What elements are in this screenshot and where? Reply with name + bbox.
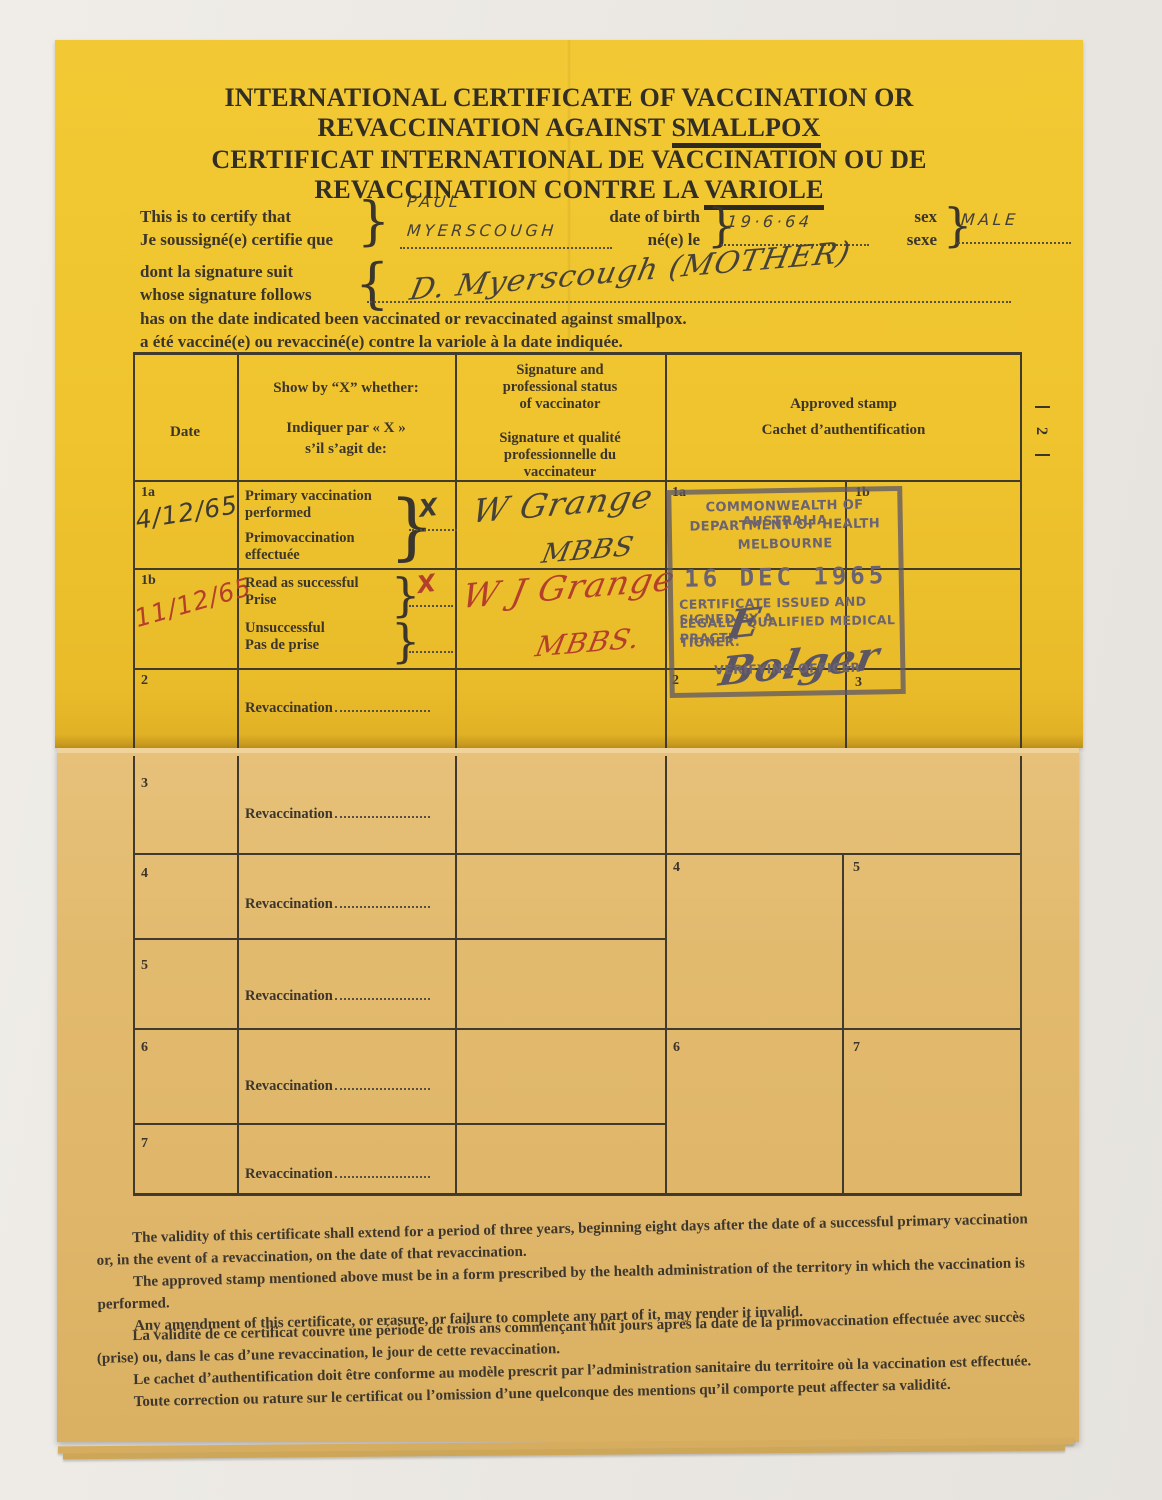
row-1b-x-mark: X: [415, 569, 437, 599]
row-2-revaccination-text: Revaccination: [245, 700, 333, 716]
row-4-5-rule: [133, 938, 667, 940]
sex-dotted-line: [955, 241, 1071, 244]
row-5-6-rule: [133, 1028, 1022, 1030]
page-marker-dash-top: [1035, 406, 1050, 408]
col-date-rule: [237, 352, 239, 748]
row-1b-option-successful: Read as successful Prise: [245, 575, 359, 609]
lower-stamp-col-divider: [842, 853, 844, 1193]
row-1b-mark-dotted-2: [409, 650, 453, 653]
header-show-by-en: Show by “X” whether:: [239, 380, 453, 397]
title-en-line1: INTERNATIONAL CERTIFICATE OF VACCINATION…: [55, 84, 1083, 112]
row-5-revaccination: Revaccination: [245, 988, 430, 1005]
title-fr-line2: REVACCINATION CONTRE LA VARIOLE: [55, 176, 1083, 204]
table-left-border: [133, 352, 135, 748]
sex-label-en: sex: [867, 206, 937, 228]
stamp-cell-7-label: 7: [853, 1040, 860, 1056]
stamp-line-department: DEPARTMENT OF HEALTH: [672, 516, 898, 535]
stamp-cell-5-label: 5: [853, 860, 860, 876]
row-1b-brace-2: }: [391, 614, 420, 668]
dotted-leader: [335, 905, 430, 908]
title-en-line2-prefix: REVACCINATION AGAINST: [318, 113, 672, 142]
header-show-by-fr: Indiquer par « X » s’il s’agit de:: [239, 418, 453, 460]
row-1b-option-unsuccessful: Unsuccessful Pas de prise: [245, 620, 325, 654]
row-6-revaccination: Revaccination: [245, 1078, 430, 1095]
header-approved-stamp-en: Approved stamp: [667, 396, 1020, 413]
header-signature-en: Signature and professional status of vac…: [457, 362, 663, 413]
row-6-7-rule: [133, 1123, 667, 1125]
sex-label-fr: sexe: [867, 229, 937, 251]
row-4-revaccination: Revaccination: [245, 896, 430, 913]
lower-col-show-rule: [455, 756, 457, 1193]
row-6-label: 6: [141, 1040, 148, 1056]
row-3-label: 3: [141, 776, 148, 792]
page-marker-dash-bottom: [1035, 454, 1050, 456]
stamp-line-city: MELBOURNE: [672, 535, 898, 554]
row-5-revaccination-text: Revaccination: [245, 988, 333, 1004]
dob-label-fr: né(e) le: [550, 229, 700, 251]
title-fr-line1: CERTIFICAT INTERNATIONAL DE VACCINATION …: [55, 146, 1083, 174]
header-date: Date: [133, 424, 237, 441]
row-3-revaccination-text: Revaccination: [245, 806, 333, 822]
statement-fr: a été vacciné(e) ou revacciné(e) contre …: [140, 331, 623, 353]
handwritten-first-name: PAUL: [406, 192, 462, 211]
row-1b-label: 1b: [141, 573, 156, 589]
row-1b-qualification: MBBS.: [533, 622, 644, 664]
row-1a-mark-dotted: [409, 528, 457, 531]
row-4-label: 4: [141, 866, 148, 882]
fold-shadow: [55, 734, 1083, 748]
row-2-revaccination: Revaccination: [245, 700, 430, 717]
row-7-revaccination-text: Revaccination: [245, 1166, 333, 1182]
dob-label-en: date of birth: [550, 206, 700, 228]
stamp-cell-6-label: 6: [673, 1040, 680, 1056]
lower-table-left-border: [133, 756, 135, 1193]
signature-dotted-line: [367, 300, 1011, 303]
dotted-leader: [335, 709, 430, 712]
row-3-4-rule: [133, 853, 1022, 855]
signature-label-en: whose signature follows: [140, 284, 312, 306]
row-3-revaccination: Revaccination: [245, 806, 430, 823]
lower-table-bottom-border: [133, 1193, 1022, 1196]
lower-table-right-border: [1020, 756, 1022, 1193]
row-6-revaccination-text: Revaccination: [245, 1078, 333, 1094]
dotted-leader: [335, 1087, 430, 1090]
row-5-label: 5: [141, 958, 148, 974]
handwritten-dob: 19·6·64: [726, 212, 813, 231]
header-signature-fr: Signature et qualité professionnelle du …: [457, 430, 663, 481]
page-marker-number: 2: [1032, 427, 1050, 435]
table-top-border: [133, 352, 1022, 355]
lower-col-date-rule: [237, 756, 239, 1193]
fold-highlight: [57, 748, 1079, 753]
signature-label-fr: dont la signature suit: [140, 261, 293, 283]
certify-label-fr: Je soussigné(e) certifie que: [140, 229, 333, 251]
validity-notes-fr: La validité de ce certificat couvre une …: [96, 1306, 1038, 1414]
certificate-upper-page: INTERNATIONAL CERTIFICATE OF VACCINATION…: [55, 40, 1083, 748]
row-1a-option-primary: Primary vaccination performed: [245, 488, 372, 522]
row-7-label: 7: [141, 1136, 148, 1152]
row-4-revaccination-text: Revaccination: [245, 896, 333, 912]
handwritten-surname: MYERSCOUGH: [406, 221, 558, 240]
brace-signature: {: [355, 252, 389, 315]
lower-col-signature-rule: [665, 756, 667, 1193]
row-1b-mark-dotted-1: [409, 604, 453, 607]
brace-name: }: [357, 192, 390, 252]
health-department-stamp: COMMONWEALTH OF AUSTRALIA DEPARTMENT OF …: [666, 486, 906, 698]
dotted-leader: [335, 815, 430, 818]
certificate-lower-page: 3 Revaccination 4 Revaccination 5 Revacc…: [57, 748, 1079, 1442]
title-en-underlined-word: SMALLPOX: [672, 113, 821, 148]
row-7-revaccination: Revaccination: [245, 1166, 430, 1183]
handwritten-sex: MALE: [960, 210, 1019, 229]
row-1a-vaccinator-signature: W Grange: [469, 476, 657, 530]
stamp-cell-4-label: 4: [673, 860, 680, 876]
statement-en: has on the date indicated been vaccinate…: [140, 308, 687, 330]
dotted-leader: [335, 1175, 430, 1178]
header-approved-stamp-fr: Cachet d’authentification: [667, 422, 1020, 439]
table-right-border: [1020, 352, 1022, 748]
row-1a-label: 1a: [141, 485, 155, 501]
row-1a-option-primary-fr: Primovaccination effectuée: [245, 530, 355, 564]
row-2-label: 2: [141, 673, 148, 689]
verifying-officer-signature: E Bolger: [716, 583, 910, 695]
certify-label-en: This is to certify that: [140, 206, 291, 228]
title-en-line2: REVACCINATION AGAINST SMALLPOX: [55, 114, 1083, 142]
row-1a-x-mark: X: [418, 493, 439, 523]
dotted-leader: [335, 997, 430, 1000]
